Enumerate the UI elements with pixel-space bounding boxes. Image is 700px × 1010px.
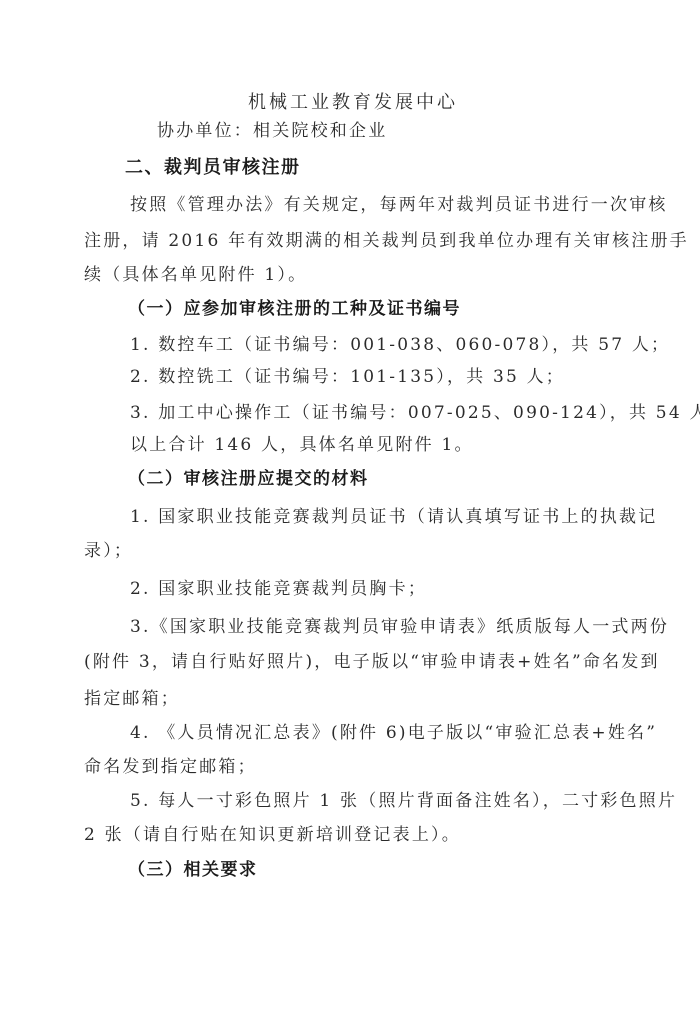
list-item-continued: 录）； [84, 540, 133, 562]
paragraph-line: 按照《管理办法》有关规定，每两年对裁判员证书进行一次审核 [130, 194, 668, 216]
list-item: 3. 加工中心操作工（证书编号：007-025、090-124），共 54 人； [130, 402, 700, 424]
subsection-heading: （一）应参加审核注册的工种及证书编号 [128, 298, 461, 320]
list-item: 3.《国家职业技能竞赛裁判员审验申请表》纸质版每人一式两份 [130, 616, 669, 638]
list-item-continued: 命名发到指定邮箱； [84, 756, 257, 778]
list-item: 1. 国家职业技能竞赛裁判员证书（请认真填写证书上的执裁记 [130, 506, 657, 528]
subsection-heading: （二）审核注册应提交的材料 [128, 468, 369, 490]
list-item-continued: (附件 3，请自行贴好照片)，电子版以“审验申请表+姓名”命名发到 [84, 651, 660, 673]
organizer-line: 机械工业教育发展中心 [248, 92, 458, 114]
list-item: 5. 每人一寸彩色照片 1 张（照片背面备注姓名），二寸彩色照片 [130, 790, 677, 812]
list-item: 4. 《人员情况汇总表》(附件 6)电子版以“审验汇总表+姓名” [130, 722, 657, 744]
list-item-continued: 指定邮箱； [84, 688, 180, 710]
list-item: 2. 数控铣工（证书编号：101-135），共 35 人； [130, 366, 565, 388]
list-item: 1. 数控车工（证书编号：001-038、060-078），共 57 人； [130, 334, 670, 356]
co-organizer-line: 协办单位：相关院校和企业 [157, 120, 387, 142]
paragraph-line: 续（具体名单见附件 1）。 [84, 264, 307, 286]
list-item-continued: 2 张（请自行贴在知识更新培训登记表上）。 [84, 824, 461, 846]
paragraph-line: 注册，请 2016 年有效期满的相关裁判员到我单位办理有关审核注册手 [84, 230, 689, 252]
list-item: 2. 国家职业技能竞赛裁判员胸卡； [130, 578, 427, 600]
section-heading: 二、裁判员审核注册 [125, 157, 301, 179]
summary-line: 以上合计 146 人，具体名单见附件 1。 [130, 434, 474, 456]
subsection-heading: （三）相关要求 [128, 859, 258, 881]
